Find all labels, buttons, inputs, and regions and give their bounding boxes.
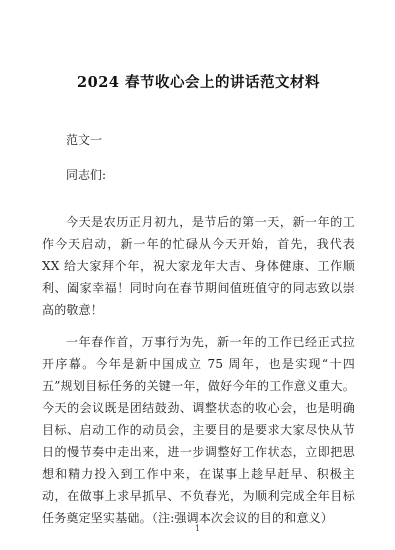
- document-page: 2024 春节收心会上的讲话范文材料 范文一 同志们: 今天是农历正月初九，是节…: [0, 0, 395, 550]
- sample-label: 范文一: [42, 129, 355, 151]
- salutation: 同志们:: [42, 164, 355, 186]
- page-number: 1: [0, 524, 395, 534]
- paragraph-2: 一年春作首，万事行为先，新一年的工作已经正式拉开序幕。今年是新中国成立 75 周…: [42, 331, 355, 529]
- paragraph-1: 今天是农历正月初九，是节后的第一天，新一年的工作今天启动，新一年的忙碌从今天开始…: [42, 211, 355, 321]
- page-title: 2024 春节收心会上的讲话范文材料: [42, 73, 355, 93]
